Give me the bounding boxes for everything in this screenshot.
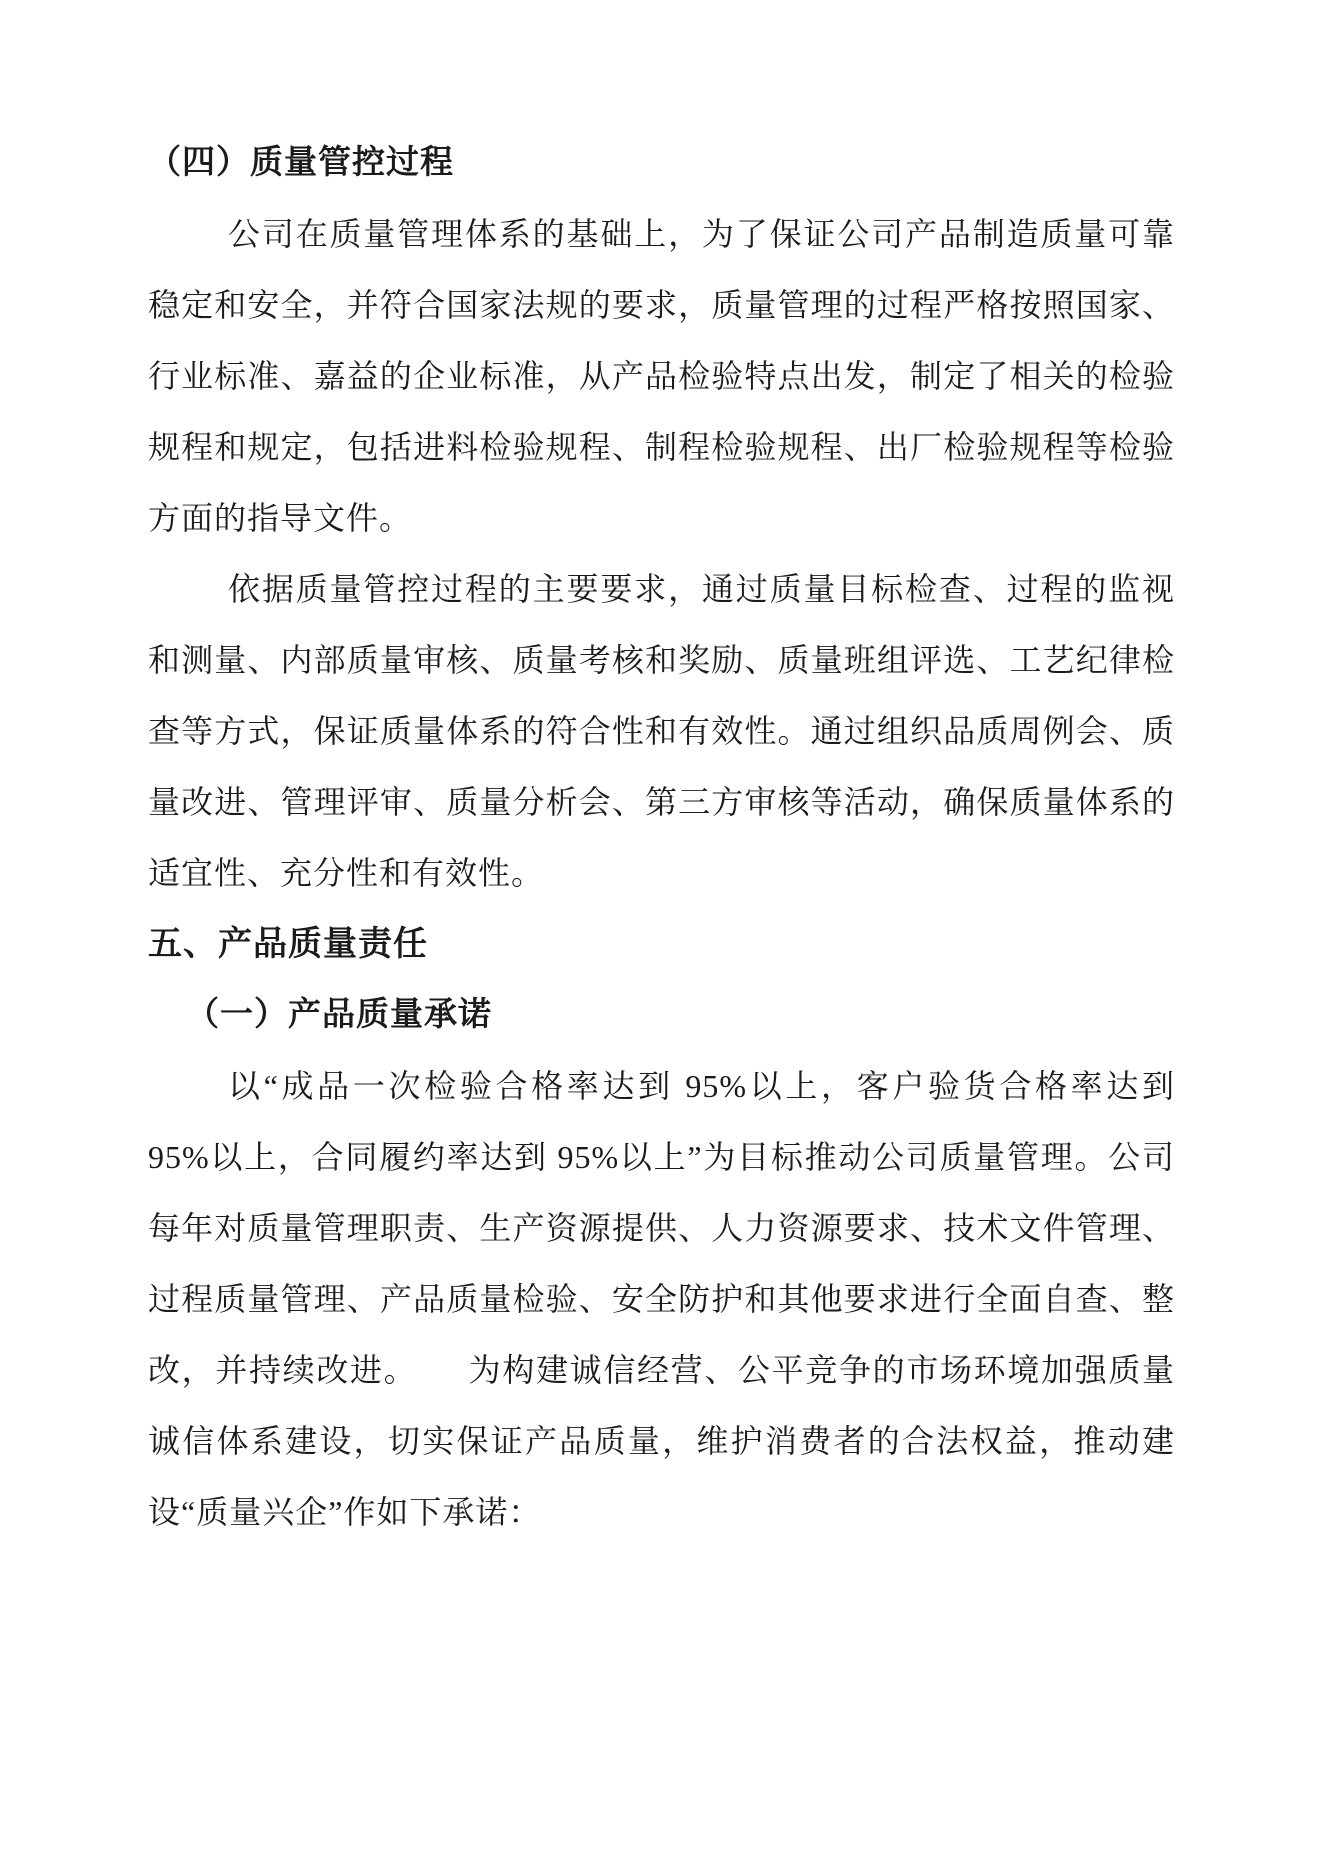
paragraph-quality-system-basis: 公司在质量管理体系的基础上，为了保证公司产品制造质量可靠稳定和安全，并符合国家法… (148, 199, 1175, 554)
heading-chapter-five-product-quality-responsibility: 五、产品质量责任 (148, 909, 1175, 980)
heading-section-four-quality-control-process: （四）质量管控过程 (148, 128, 1175, 199)
paragraph-quality-assurance-methods: 依据质量管控过程的主要要求，通过质量目标检查、过程的监视和测量、内部质量审核、质… (148, 554, 1175, 909)
paragraph-quality-commitment-targets: 以“成品一次检验合格率达到 95%以上，客户验货合格率达到 95%以上，合同履约… (148, 1051, 1175, 1548)
heading-section-one-product-quality-commitment: （一）产品质量承诺 (186, 980, 1175, 1051)
document-page: （四）质量管控过程 公司在质量管理体系的基础上，为了保证公司产品制造质量可靠稳定… (0, 0, 1323, 1871)
